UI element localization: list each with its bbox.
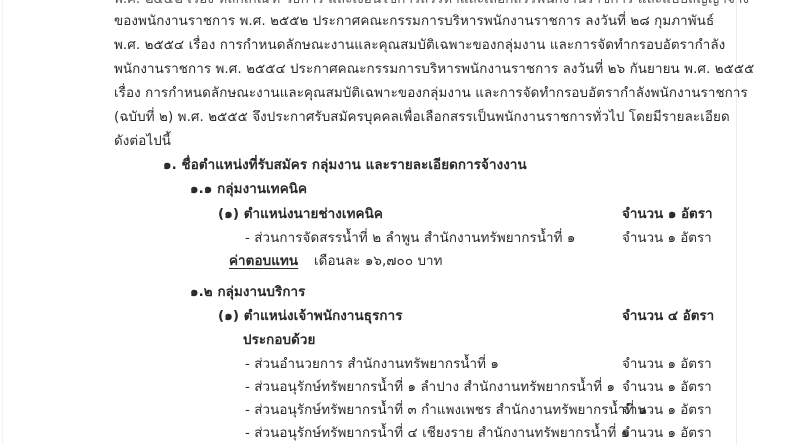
unit-count: จำนวน ๑ อัตรา — [622, 230, 712, 248]
position-technician-count: จำนวน ๑ อัตรา — [622, 206, 712, 224]
section-1-title: ๑. ชื่อตำแหน่งที่รับสมัคร กลุ่มงาน และรา… — [163, 157, 527, 175]
position-technician: (๑) ตำแหน่งนายช่างเทคนิค — [218, 206, 383, 224]
intro-line-1: ของพนักงานราชการ พ.ศ. ๒๕๕๒ ประกาศคณะกรรม… — [114, 13, 714, 31]
unit-row: - ส่วนอนุรักษ์ทรัพยากรน้ำที่ ๑ ลำปาง สำน… — [245, 379, 615, 397]
intro-line-6: ดังต่อไปนี้ — [114, 133, 171, 151]
unit-row: - ส่วนอำนวยการ สำนักงานทรัพยากรน้ำที่ ๑ — [245, 356, 499, 374]
consists-of-label: ประกอบด้วย — [243, 332, 316, 350]
intro-line-4: เรื่อง การกำหนดลักษณะงานและคุณสมบัติเฉพา… — [114, 85, 748, 103]
salary-value: เดือนละ ๑๖,๗๐๐ บาท — [314, 253, 443, 271]
intro-line-5: (ฉบับที่ ๒) พ.ศ. ๒๕๕๕ จึงประกาศรับสมัครบ… — [114, 109, 730, 127]
unit-row: - ส่วนอนุรักษ์ทรัพยากรน้ำที่ ๓ กำแพงเพชร… — [245, 402, 647, 420]
unit-count: จำนวน ๑ อัตรา — [622, 379, 712, 397]
group-technical-title: ๑.๑ กลุ่มงานเทคนิค — [190, 181, 307, 199]
unit-count: จำนวน ๑ อัตรา — [622, 425, 712, 443]
intro-line-2: พ.ศ. ๒๕๕๔ เรื่อง การกำหนดลักษณะงานและคุณ… — [114, 37, 725, 55]
unit-count: จำนวน ๑ อัตรา — [622, 402, 712, 420]
unit-row: - ส่วนอนุรักษ์ทรัพยากรน้ำที่ ๔ เชียงราย … — [245, 425, 629, 443]
unit-row: - ส่วนการจัดสรรน้ำที่ ๒ ลำพูน สำนักงานทร… — [245, 230, 576, 248]
intro-line-3: พนักงานราชการ พ.ศ. ๒๕๕๔ ประกาศคณะกรรมการ… — [114, 61, 754, 79]
position-admin-officer-count: จำนวน ๔ อัตรา — [622, 308, 714, 326]
unit-count: จำนวน ๑ อัตรา — [622, 356, 712, 374]
intro-line-0: พ.ศ. ๒๕๕๒ เรื่อง หลักเกณฑ์ วิธีการ และเง… — [114, 0, 749, 9]
group-service-title: ๑.๒ กลุ่มงานบริการ — [190, 284, 305, 302]
page-left-edge — [2, 0, 3, 445]
position-admin-officer: (๑) ตำแหน่งเจ้าพนักงานธุรการ — [218, 308, 403, 326]
salary-label: ค่าตอบแทน — [229, 253, 298, 271]
